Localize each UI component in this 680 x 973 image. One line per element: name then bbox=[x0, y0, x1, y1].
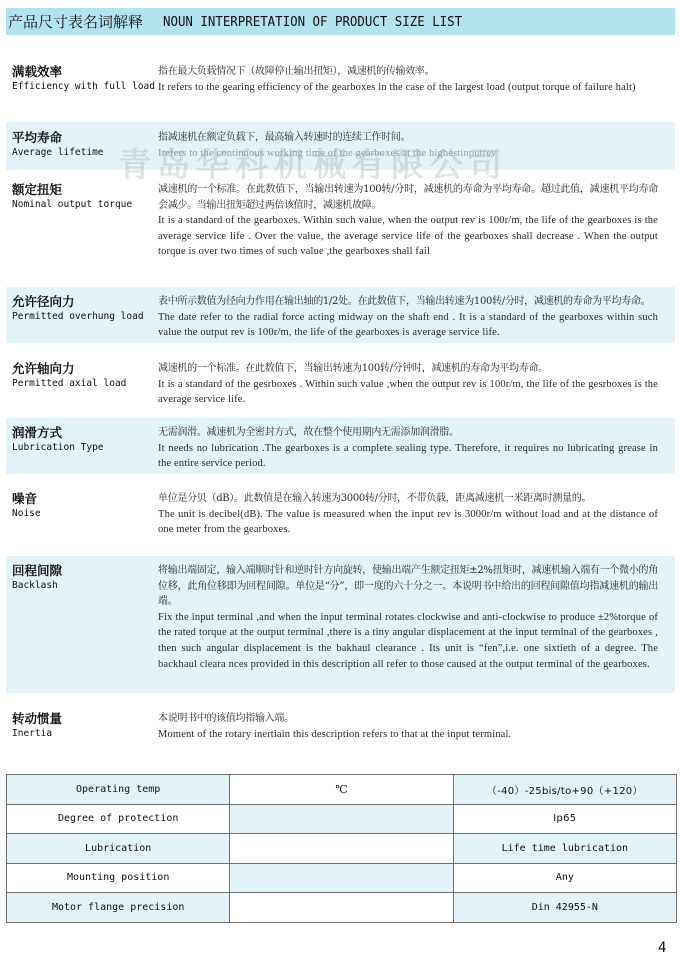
spec-label: Operating temp bbox=[7, 775, 230, 805]
spec-value: Life time lubrication bbox=[453, 834, 676, 864]
desc-en: It refers to the gearing efficiency of t… bbox=[158, 80, 658, 96]
spec-unit bbox=[230, 893, 453, 923]
term-cn: 润滑方式 bbox=[12, 425, 104, 441]
desc-cn: 将输出端固定，输入端顺时针和逆时针方向旋转，使输出端产生额定扭矩±2%扭矩时，减… bbox=[158, 563, 658, 610]
spec-value: （-40）-25bis/to+90（+120） bbox=[453, 775, 676, 805]
section-nominal-output-torque: 额定扭矩 Nominal output torque 减速机的一个标准。在此数值… bbox=[6, 176, 675, 280]
spec-table: Operating temp ℃ （-40）-25bis/to+90（+120）… bbox=[6, 774, 677, 923]
term-en: Average lifetime bbox=[12, 146, 104, 160]
desc-en: It needs no lubrication .The gearboxes i… bbox=[158, 441, 658, 472]
desc-en: It is a standard of the gesrboxes . With… bbox=[158, 377, 658, 408]
page-header: 产品尺寸表名词解释 NOUN INTERPRETATION OF PRODUCT… bbox=[6, 8, 675, 35]
term-en: Inertia bbox=[12, 727, 62, 741]
spec-value: Din 42955-N bbox=[453, 893, 676, 923]
term-cn: 允许径向力 bbox=[12, 294, 144, 310]
header-title-en: NOUN INTERPRETATION OF PRODUCT SIZE LIST bbox=[163, 14, 462, 30]
spec-unit bbox=[230, 804, 453, 834]
section-permitted-overhung-load: 允许径向力 Permitted overhung load 表中所示数值为径向力… bbox=[6, 287, 675, 343]
spec-label: Lubrication bbox=[7, 834, 230, 864]
desc-en: Irefers to the continuous working time o… bbox=[158, 146, 658, 162]
table-row: Motor flange precision Din 42955-N bbox=[7, 893, 677, 923]
term-en: Lubrication Type bbox=[12, 441, 104, 455]
desc-cn: 单位是分贝（dB）。此数值是在输入转速为3000转/分时，不带负载，距离减速机一… bbox=[158, 491, 658, 507]
desc-cn: 指在最大负载情况下（故障停止输出扭矩），减速机的传输效率。 bbox=[158, 64, 658, 80]
term-cn: 允许轴向力 bbox=[12, 361, 126, 377]
term-cn: 噪音 bbox=[12, 491, 41, 507]
table-row: Lubrication Life time lubrication bbox=[7, 834, 677, 864]
desc-en: Moment of the rotary inertiain this desc… bbox=[158, 727, 658, 743]
spec-label: Mounting position bbox=[7, 863, 230, 893]
desc-en: Fix the input terminal ,and when the inp… bbox=[158, 610, 658, 672]
term-cn: 满载效率 bbox=[12, 64, 155, 80]
header-title-cn: 产品尺寸表名词解释 bbox=[8, 11, 143, 32]
table-row: Mounting position Any bbox=[7, 863, 677, 893]
spec-value: Any bbox=[453, 863, 676, 893]
section-average-lifetime: 平均寿命 Average lifetime 指减速机在额定负载下，最高输入转速时… bbox=[6, 122, 675, 170]
spec-value: Ip65 bbox=[453, 804, 676, 834]
term-cn: 平均寿命 bbox=[12, 130, 104, 146]
section-noise: 噪音 Noise 单位是分贝（dB）。此数值是在输入转速为3000转/分时，不带… bbox=[6, 485, 675, 541]
term-cn: 转动惯量 bbox=[12, 711, 62, 727]
desc-cn: 本说明书中的该值均指输入端。 bbox=[158, 711, 658, 727]
term-en: Permitted axial load bbox=[12, 377, 126, 391]
term-en: Nominal output torque bbox=[12, 198, 132, 212]
term-cn: 额定扭矩 bbox=[12, 182, 132, 198]
desc-cn: 减速机的一个标准。在此数值下，当输出转速为100转/分钟时，减速机的寿命为平均寿… bbox=[158, 361, 658, 377]
table-row: Degree of protection Ip65 bbox=[7, 804, 677, 834]
desc-cn: 减速机的一个标准。在此数值下，当输出转速为100转/分时，减速机的寿命为平均寿命… bbox=[158, 182, 658, 213]
desc-cn: 无需润滑。减速机为全密封方式，故在整个使用期内无需添加润滑脂。 bbox=[158, 425, 658, 441]
section-inertia: 转动惯量 Inertia 本说明书中的该值均指输入端。 Moment of th… bbox=[6, 705, 675, 749]
term-cn: 回程间隙 bbox=[12, 563, 62, 579]
desc-en: It is a standard of the gearboxes. Withi… bbox=[158, 213, 658, 260]
section-permitted-axial-load: 允许轴向力 Permitted axial load 减速机的一个标准。在此数值… bbox=[6, 354, 675, 410]
spec-label: Motor flange precision bbox=[7, 893, 230, 923]
spec-unit: ℃ bbox=[230, 775, 453, 805]
term-en: Permitted overhung load bbox=[12, 310, 144, 324]
page-number: 4 bbox=[658, 940, 666, 956]
section-efficiency: 满载效率 Efficiency with full load 指在最大负载情况下… bbox=[6, 56, 675, 114]
term-en: Efficiency with full load bbox=[12, 80, 155, 94]
term-en: Noise bbox=[12, 507, 41, 521]
spec-unit bbox=[230, 863, 453, 893]
desc-cn: 表中所示数值为径向力作用在输出轴的1/2处。在此数值下，当输出转速为100转/分… bbox=[158, 294, 658, 310]
term-en: Backlash bbox=[12, 579, 62, 593]
desc-en: The unit is decibel(dB). The value is me… bbox=[158, 507, 658, 538]
section-backlash: 回程间隙 Backlash 将输出端固定，输入端顺时针和逆时针方向旋转，使输出端… bbox=[6, 556, 675, 693]
desc-en: The date refer to the radial force actin… bbox=[158, 310, 658, 341]
desc-cn: 指减速机在额定负载下，最高输入转速时的连续工作时间。 bbox=[158, 130, 658, 146]
spec-label: Degree of protection bbox=[7, 804, 230, 834]
spec-unit bbox=[230, 834, 453, 864]
section-lubrication-type: 润滑方式 Lubrication Type 无需润滑。减速机为全密封方式，故在整… bbox=[6, 418, 675, 474]
table-row: Operating temp ℃ （-40）-25bis/to+90（+120） bbox=[7, 775, 677, 805]
